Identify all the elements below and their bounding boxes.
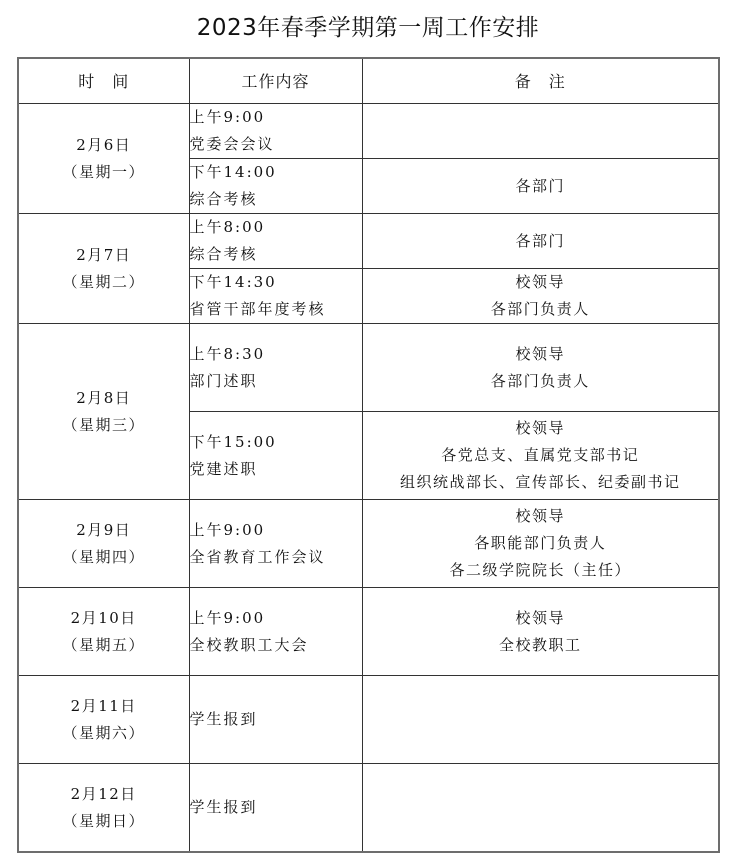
content-cell: 上午8:30 部门述职	[189, 324, 362, 412]
table-row: 2月9日 （星期四） 上午9:00 全省教育工作会议 校领导 各职能部门负责人 …	[18, 500, 719, 588]
note-line: 校领导	[363, 415, 719, 442]
content-cell: 上午9:00 全省教育工作会议	[189, 500, 362, 588]
weekday-label: （星期二）	[19, 269, 189, 296]
task-name: 党委会会议	[190, 131, 362, 158]
note-line: 校领导	[363, 269, 719, 296]
notes-cell: 各部门	[362, 214, 719, 269]
task-time: 下午14:00	[190, 159, 362, 186]
date-label: 2月6日	[19, 132, 189, 159]
schedule-table: 时 间 工作内容 备 注 2月6日 （星期一） 上午9:00 党委会会议 下午1…	[17, 57, 720, 853]
table-row: 2月7日 （星期二） 上午8:00 综合考核 各部门	[18, 214, 719, 269]
date-label: 2月10日	[19, 605, 189, 632]
note-line: 各部门	[363, 173, 719, 200]
table-row: 2月11日 （星期六） 学生报到	[18, 676, 719, 764]
date-cell: 2月9日 （星期四）	[18, 500, 189, 588]
notes-cell	[362, 676, 719, 764]
content-cell: 下午14:00 综合考核	[189, 159, 362, 214]
date-label: 2月11日	[19, 693, 189, 720]
task-name: 部门述职	[190, 368, 362, 395]
date-label: 2月8日	[19, 385, 189, 412]
note-line: 校领导	[363, 605, 719, 632]
task-name: 学生报到	[190, 794, 362, 821]
column-header-content: 工作内容	[189, 58, 362, 104]
content-cell: 上午8:00 综合考核	[189, 214, 362, 269]
note-line: 各部门负责人	[363, 368, 719, 395]
notes-cell: 校领导 各职能部门负责人 各二级学院院长（主任）	[362, 500, 719, 588]
notes-cell: 校领导 各部门负责人	[362, 324, 719, 412]
task-time: 上午9:00	[190, 517, 362, 544]
weekday-label: （星期一）	[19, 159, 189, 186]
task-name: 全省教育工作会议	[190, 544, 362, 571]
task-name: 综合考核	[190, 241, 362, 268]
column-header-time: 时 间	[18, 58, 189, 104]
content-cell: 上午9:00 全校教职工大会	[189, 588, 362, 676]
content-cell: 上午9:00 党委会会议	[189, 104, 362, 159]
date-label: 2月12日	[19, 781, 189, 808]
notes-cell	[362, 764, 719, 853]
table-row: 2月10日 （星期五） 上午9:00 全校教职工大会 校领导 全校教职工	[18, 588, 719, 676]
content-cell: 学生报到	[189, 764, 362, 853]
date-cell: 2月7日 （星期二）	[18, 214, 189, 324]
task-name: 综合考核	[190, 186, 362, 213]
weekday-label: （星期日）	[19, 808, 189, 835]
date-cell: 2月6日 （星期一）	[18, 104, 189, 214]
task-time: 下午15:00	[190, 429, 362, 456]
weekday-label: （星期四）	[19, 544, 189, 571]
note-line: 校领导	[363, 341, 719, 368]
notes-cell: 各部门	[362, 159, 719, 214]
task-time: 上午8:00	[190, 214, 362, 241]
date-label: 2月9日	[19, 517, 189, 544]
note-line: 全校教职工	[363, 632, 719, 659]
date-cell: 2月10日 （星期五）	[18, 588, 189, 676]
notes-cell: 校领导 全校教职工	[362, 588, 719, 676]
note-line: 各部门	[363, 228, 719, 255]
note-line: 组织统战部长、宣传部长、纪委副书记	[363, 469, 719, 496]
task-time: 上午9:00	[190, 605, 362, 632]
notes-cell: 校领导 各部门负责人	[362, 269, 719, 324]
table-row: 2月8日 （星期三） 上午8:30 部门述职 校领导 各部门负责人	[18, 324, 719, 412]
note-line: 各部门负责人	[363, 296, 719, 323]
content-cell: 下午14:30 省管干部年度考核	[189, 269, 362, 324]
table-row: 2月6日 （星期一） 上午9:00 党委会会议	[18, 104, 719, 159]
weekday-label: （星期三）	[19, 412, 189, 439]
table-header-row: 时 间 工作内容 备 注	[18, 58, 719, 104]
page-title: 2023年春季学期第一周工作安排	[0, 12, 736, 44]
task-name: 党建述职	[190, 456, 362, 483]
notes-cell: 校领导 各党总支、直属党支部书记 组织统战部长、宣传部长、纪委副书记	[362, 412, 719, 500]
date-cell: 2月8日 （星期三）	[18, 324, 189, 500]
task-name: 学生报到	[190, 706, 362, 733]
weekday-label: （星期五）	[19, 632, 189, 659]
task-time: 下午14:30	[190, 269, 362, 296]
date-label: 2月7日	[19, 242, 189, 269]
task-name: 全校教职工大会	[190, 632, 362, 659]
note-line: 各职能部门负责人	[363, 530, 719, 557]
date-cell: 2月12日 （星期日）	[18, 764, 189, 853]
content-cell: 学生报到	[189, 676, 362, 764]
column-header-notes: 备 注	[362, 58, 719, 104]
table-row: 2月12日 （星期日） 学生报到	[18, 764, 719, 853]
task-time: 上午9:00	[190, 104, 362, 131]
task-name: 省管干部年度考核	[190, 296, 362, 323]
notes-cell	[362, 104, 719, 159]
weekday-label: （星期六）	[19, 720, 189, 747]
date-cell: 2月11日 （星期六）	[18, 676, 189, 764]
note-line: 各党总支、直属党支部书记	[363, 442, 719, 469]
content-cell: 下午15:00 党建述职	[189, 412, 362, 500]
task-time: 上午8:30	[190, 341, 362, 368]
note-line: 校领导	[363, 503, 719, 530]
note-line: 各二级学院院长（主任）	[363, 557, 719, 584]
